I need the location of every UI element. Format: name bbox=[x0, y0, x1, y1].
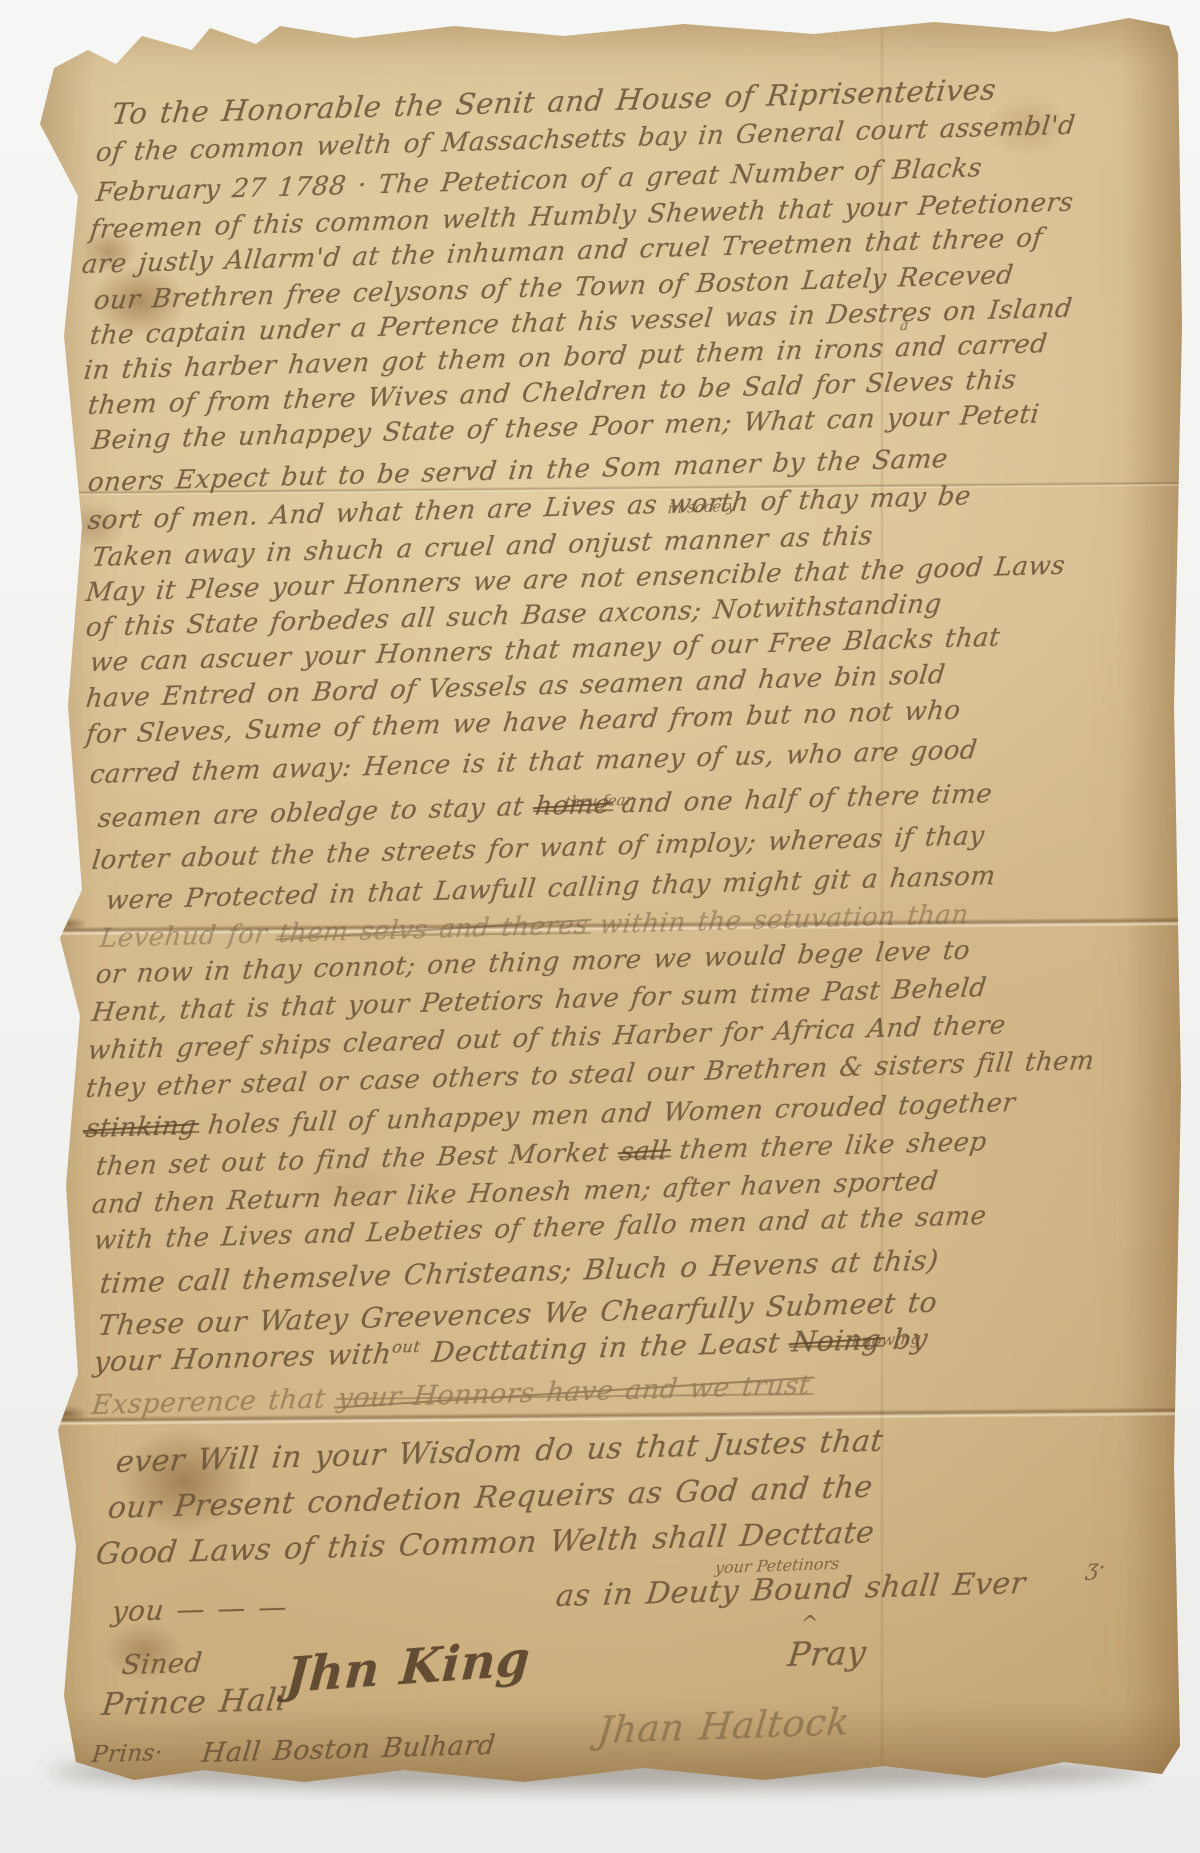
line-fragment: stinking bbox=[84, 1111, 198, 1144]
signature-pray: Pray bbox=[786, 1636, 868, 1671]
insertion-note: in socety bbox=[667, 497, 737, 517]
insertion-note: knowing bbox=[851, 1329, 922, 1350]
handwritten-line: you — — — bbox=[110, 1593, 288, 1626]
signature-boston-bulhard: Hall Boston Bulhard bbox=[200, 1732, 497, 1767]
handwritten-line: Prins· bbox=[91, 1742, 164, 1767]
signature-jhan-haltock: Jhan Haltock bbox=[596, 1703, 852, 1749]
insertion-note: a bbox=[899, 318, 909, 334]
line-fragment: out bbox=[391, 1337, 421, 1357]
insertion-note: ^ bbox=[799, 1612, 820, 1638]
insertion-note: ʒ· bbox=[1085, 1556, 1107, 1582]
line-fragment: sall bbox=[619, 1136, 670, 1167]
signature-prince-hall: Prince Hall bbox=[100, 1685, 288, 1721]
line-fragment: Levehud for bbox=[98, 919, 280, 954]
insertion-note: thru fear bbox=[564, 791, 634, 811]
handwritten-line: Sined bbox=[120, 1650, 203, 1679]
scanned-manuscript: To the Honorable the Senit and House of … bbox=[0, 0, 1200, 1853]
